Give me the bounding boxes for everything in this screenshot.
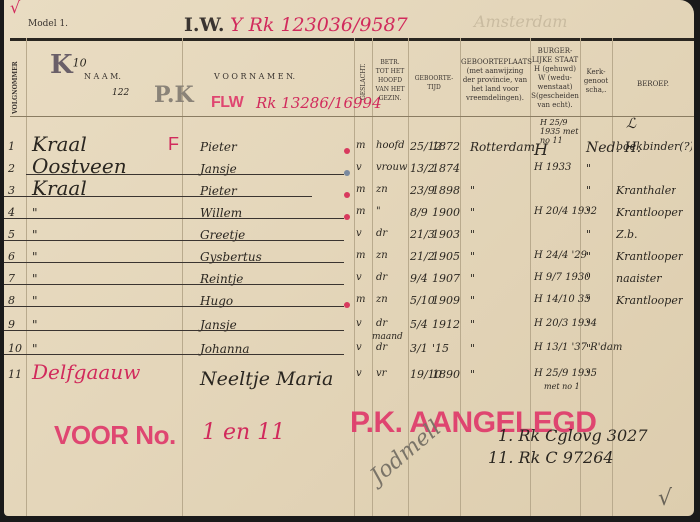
row-plaats: Rotterdam	[470, 140, 535, 154]
top-checkmark: √	[10, 0, 20, 17]
row-beroep: naaister	[616, 272, 662, 285]
row-plaats: "	[470, 250, 475, 263]
row-dag: 9/4	[410, 272, 428, 285]
row-kerk: "	[586, 228, 591, 241]
row-betr: hoofd	[376, 140, 405, 151]
col-geboorteplaats: GEBOORTEPLAATS (met aanwijzing der provi…	[461, 58, 529, 103]
row-jaar: 1903	[432, 228, 460, 241]
row-strikethrough	[4, 354, 344, 355]
row-geslacht: m	[356, 250, 365, 261]
voor-no-stamp: VOOR No.	[54, 420, 176, 451]
row-number: 11	[8, 368, 22, 381]
row-dot-marker	[344, 192, 350, 198]
voor-no-values: 1 en 11	[202, 420, 285, 445]
table-row: 11DelfgaauwNeeltje Mariavvr19/101890"H 2…	[4, 368, 694, 393]
row-betr: zn	[376, 184, 388, 195]
row-beroep: Krantlooper	[616, 294, 683, 307]
row-jaar: 1890	[432, 368, 460, 381]
row-kerk: "	[586, 318, 591, 331]
col-naam: N A A M.	[84, 72, 121, 81]
row-jaar: 1907	[432, 272, 460, 285]
row-strikethrough	[4, 218, 344, 219]
iw-code: I.W.	[184, 14, 225, 36]
col-volgnummer: VOLGNOMMER	[10, 52, 24, 116]
row1-beroep-mark: ℒ	[626, 116, 636, 132]
row-strikethrough	[4, 262, 344, 263]
row-dag: 5/4	[410, 318, 428, 331]
row-dot-marker	[344, 214, 350, 220]
row-dot-marker	[344, 302, 350, 308]
row-dag: 13/2	[410, 162, 435, 175]
table-row: 9"Jansjevdr5/41912"H 20/3 1934"	[4, 318, 694, 343]
row-number: 2	[8, 162, 15, 175]
note-122: 122	[112, 88, 129, 98]
row-number: 1	[8, 140, 15, 153]
row-geslacht: m	[356, 140, 365, 151]
row-naam: Kraal	[32, 132, 87, 156]
row-dag: 23/9	[410, 184, 435, 197]
row-plaats: "	[470, 206, 475, 219]
col-burgerlijke-staat: BURGER-LIJKE STAAT H (gehuwd) W (wedu-we…	[531, 47, 579, 110]
registration-card: √ Model 1. I.W. Y Rk 123036/9587 Amsterd…	[4, 0, 694, 516]
row-kerk: "	[586, 184, 591, 197]
row-jaar: 1905	[432, 250, 460, 263]
row-jaar: 1900	[432, 206, 460, 219]
row-dot-marker	[344, 148, 350, 154]
row-kerk: "	[586, 272, 591, 285]
row-voornamen: Pieter	[200, 140, 237, 154]
row-jaar: 1909	[432, 294, 460, 307]
row-dag: 21/2	[410, 250, 435, 263]
row-betr: dr	[376, 318, 387, 329]
row-geslacht: v	[356, 368, 362, 379]
row-staat: H 13/1 '37 R'dam	[534, 342, 622, 353]
row-beroep: Kranthaler	[616, 184, 676, 197]
iw-handwritten: Y Rk 123036/9587	[230, 14, 408, 36]
row-beroep: Z.b.	[616, 228, 637, 241]
row-kerk: "	[586, 206, 591, 219]
row-betr: "	[376, 206, 381, 217]
row-strikethrough	[4, 196, 312, 197]
row-dag: 3/1	[410, 342, 428, 355]
row-jaar: 1872	[432, 140, 460, 153]
row-strikethrough	[26, 174, 344, 175]
row-plaats: "	[470, 228, 475, 241]
row-plaats: "	[470, 318, 475, 331]
row-staat: H 9/7 1930	[534, 272, 591, 283]
ref-2: 11. Rk C 97264	[488, 448, 614, 467]
row-geslacht: v	[356, 272, 362, 283]
row-geslacht: v	[356, 228, 362, 239]
row-naam: Delfgaauw	[32, 360, 140, 384]
k10-stamp: K10	[50, 50, 87, 80]
row-betr: zn	[376, 250, 388, 261]
row-betr: vr	[376, 368, 386, 379]
row-kerk: "	[586, 294, 591, 307]
row-dag: 21/3	[410, 228, 435, 241]
row-dag: 5/10	[410, 294, 435, 307]
row-jaar: 1912	[432, 318, 460, 331]
flw-stamp: FLW	[211, 94, 243, 112]
col-betr: BETR. TOT HET HOOFD VAN HET GEZIN.	[373, 58, 407, 103]
pk-stamp: P.K	[154, 82, 194, 108]
row-staat: H 1933	[534, 162, 571, 173]
row-plaats: "	[470, 342, 475, 355]
col-kerkgenootschap: Kerk-genoot scha,.	[581, 68, 611, 95]
row-geslacht: v	[356, 162, 362, 173]
row-strikethrough	[4, 284, 344, 285]
col-geboortetijd: GEBOORTE-TIJD	[410, 74, 458, 92]
row-kerk: "	[586, 368, 591, 381]
row-beroep: boekbinder(?)	[616, 140, 692, 153]
row-betr: vrouw	[376, 162, 407, 173]
row-plaats: "	[470, 294, 475, 307]
row-jaar: 1874	[432, 162, 460, 175]
row-beroep: Krantlooper	[616, 250, 683, 263]
row-voornamen: Neeltje Maria	[200, 368, 333, 390]
col-geslacht: GESLACHT.	[354, 44, 372, 112]
model-label: Model 1.	[28, 19, 68, 29]
row-geslacht: v	[356, 318, 362, 329]
row-beroep: Krantlooper	[616, 206, 683, 219]
ref-1: 1. Rk Cglovg 3027	[498, 426, 648, 445]
row-dot-marker	[344, 170, 350, 176]
row-betr: dr	[376, 272, 387, 283]
row-geslacht: m	[356, 294, 365, 305]
row-kerk: "	[586, 162, 591, 175]
row-plaats: "	[470, 184, 475, 197]
row-dag: 8/9	[410, 206, 428, 219]
row-staat: H 24/4 '29	[534, 250, 587, 261]
row-geslacht: m	[356, 206, 365, 217]
row-plaats: "	[470, 368, 475, 381]
row-strikethrough	[4, 240, 344, 241]
row-strikethrough	[4, 306, 344, 307]
table-row: 8"Hugomzn5/101909"H 14/10 35"Krantlooper	[4, 294, 694, 319]
col-beroep: BEROEP.	[614, 80, 692, 89]
row-betr: zn	[376, 294, 388, 305]
row-kerk: "	[586, 342, 591, 355]
row-strikethrough	[4, 330, 344, 331]
row-geslacht: v	[356, 342, 362, 353]
row-jaar: 1898	[432, 184, 460, 197]
bottom-checkmark: √	[658, 486, 672, 511]
row-note: maand	[372, 332, 403, 342]
row-betr: dr	[376, 342, 387, 353]
row-mark: F	[168, 134, 179, 155]
header-top-rule	[10, 38, 694, 41]
row-staat: H	[534, 140, 548, 159]
row-geslacht: m	[356, 184, 365, 195]
row-plaats: "	[470, 272, 475, 285]
row-betr: dr	[376, 228, 387, 239]
row-staat: H 14/10 35	[534, 294, 591, 305]
row-kerk: "	[586, 250, 591, 263]
faint-city: Amsterdam	[474, 12, 567, 31]
col-voornamen: V O O R N A M E N.	[214, 72, 295, 81]
row-staat-note: met no 1	[544, 382, 580, 391]
row-jaar: '15	[432, 342, 449, 355]
